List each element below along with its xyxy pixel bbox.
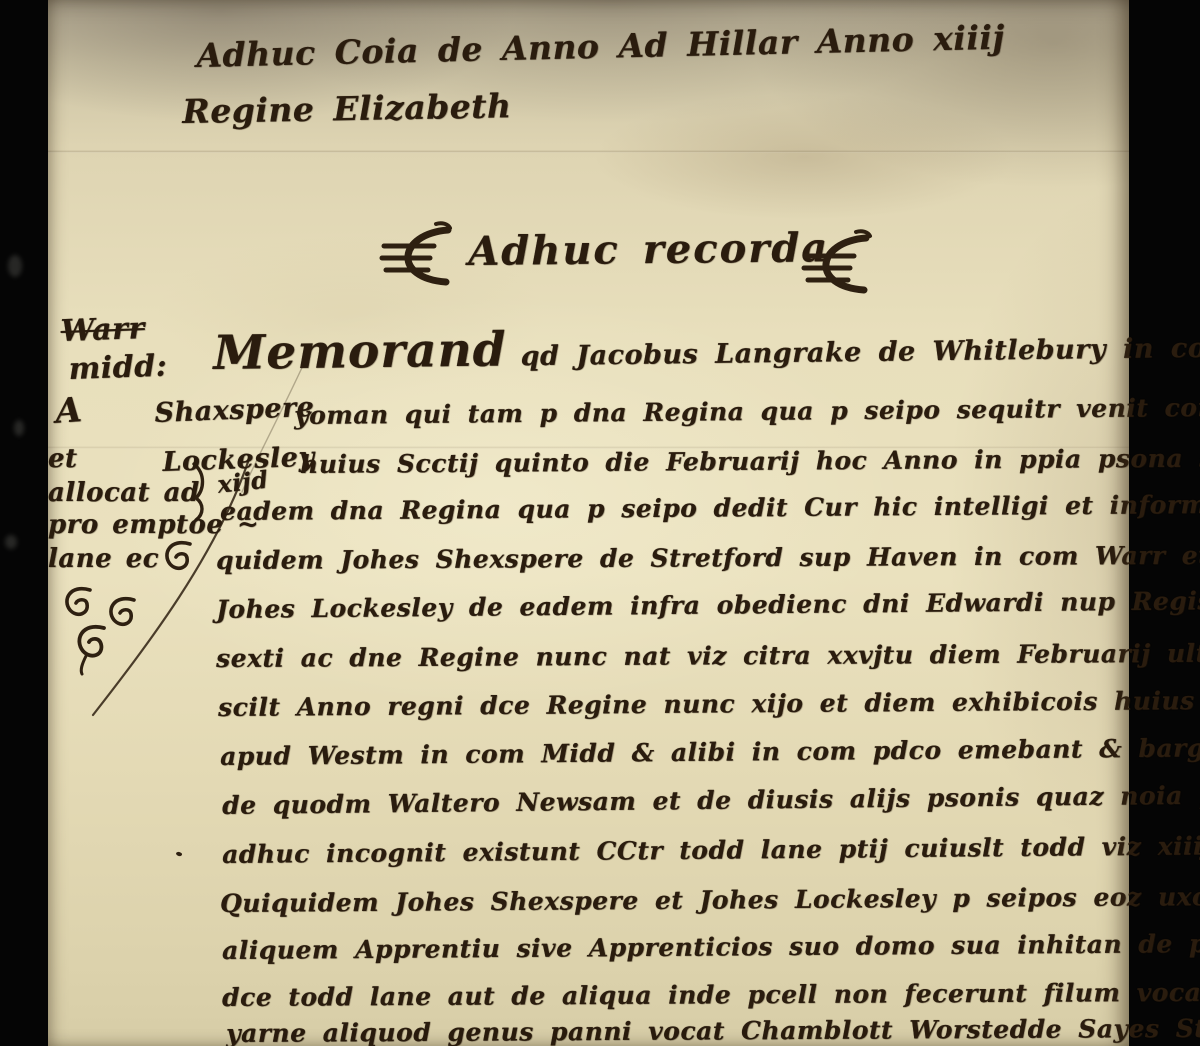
- section-heading: Adhuc recorda: [468, 224, 829, 275]
- name-tag-lockesley: Lockesley: [162, 442, 315, 478]
- opening-word: Memorand: [213, 322, 507, 381]
- margin-county-tag-2: midd:: [68, 349, 168, 387]
- paraph-mark-icon: [160, 538, 196, 578]
- film-speck: [14, 420, 24, 436]
- opening-rest: qd Jacobus Langrake de Whitlebury in com…: [520, 331, 1200, 372]
- manuscript-line: sexti ac dne Regine nunc nat viz citra x…: [216, 638, 1200, 673]
- heading-flourish-right-icon: [796, 228, 874, 300]
- header-line-2: Regine Elizabeth: [182, 86, 512, 131]
- paraph-mark-icon: [72, 622, 112, 672]
- name-tag-shaxspere: Shaxspere: [154, 392, 315, 429]
- margin-note-allocat: allocat ad: [48, 478, 200, 508]
- paraph-mark-icon: [60, 584, 96, 624]
- heading-flourish-left-icon: [378, 220, 456, 292]
- film-speck: [8, 255, 22, 277]
- margin-note-lane: lane ec: [48, 544, 159, 574]
- margin-county-tag-1: Warr: [60, 311, 145, 349]
- manuscript-line: yarne aliquod genus panni vocat Chamblot…: [226, 1013, 1200, 1046]
- manuscript-line: quidem Johes Shexspere de Stretford sup …: [216, 541, 1200, 575]
- parchment-page: Adhuc Coia de Anno Ad Hillar Anno xiiij …: [48, 0, 1129, 1046]
- margin-paraph-letter: A: [54, 390, 84, 432]
- film-speck: [5, 535, 17, 549]
- manuscript-photo: Adhuc Coia de Anno Ad Hillar Anno xiiij …: [0, 0, 1200, 1046]
- manuscript-line: dce todd lane aut de aliqua inde pcell n…: [222, 978, 1200, 1012]
- margin-note-et: et: [48, 444, 78, 474]
